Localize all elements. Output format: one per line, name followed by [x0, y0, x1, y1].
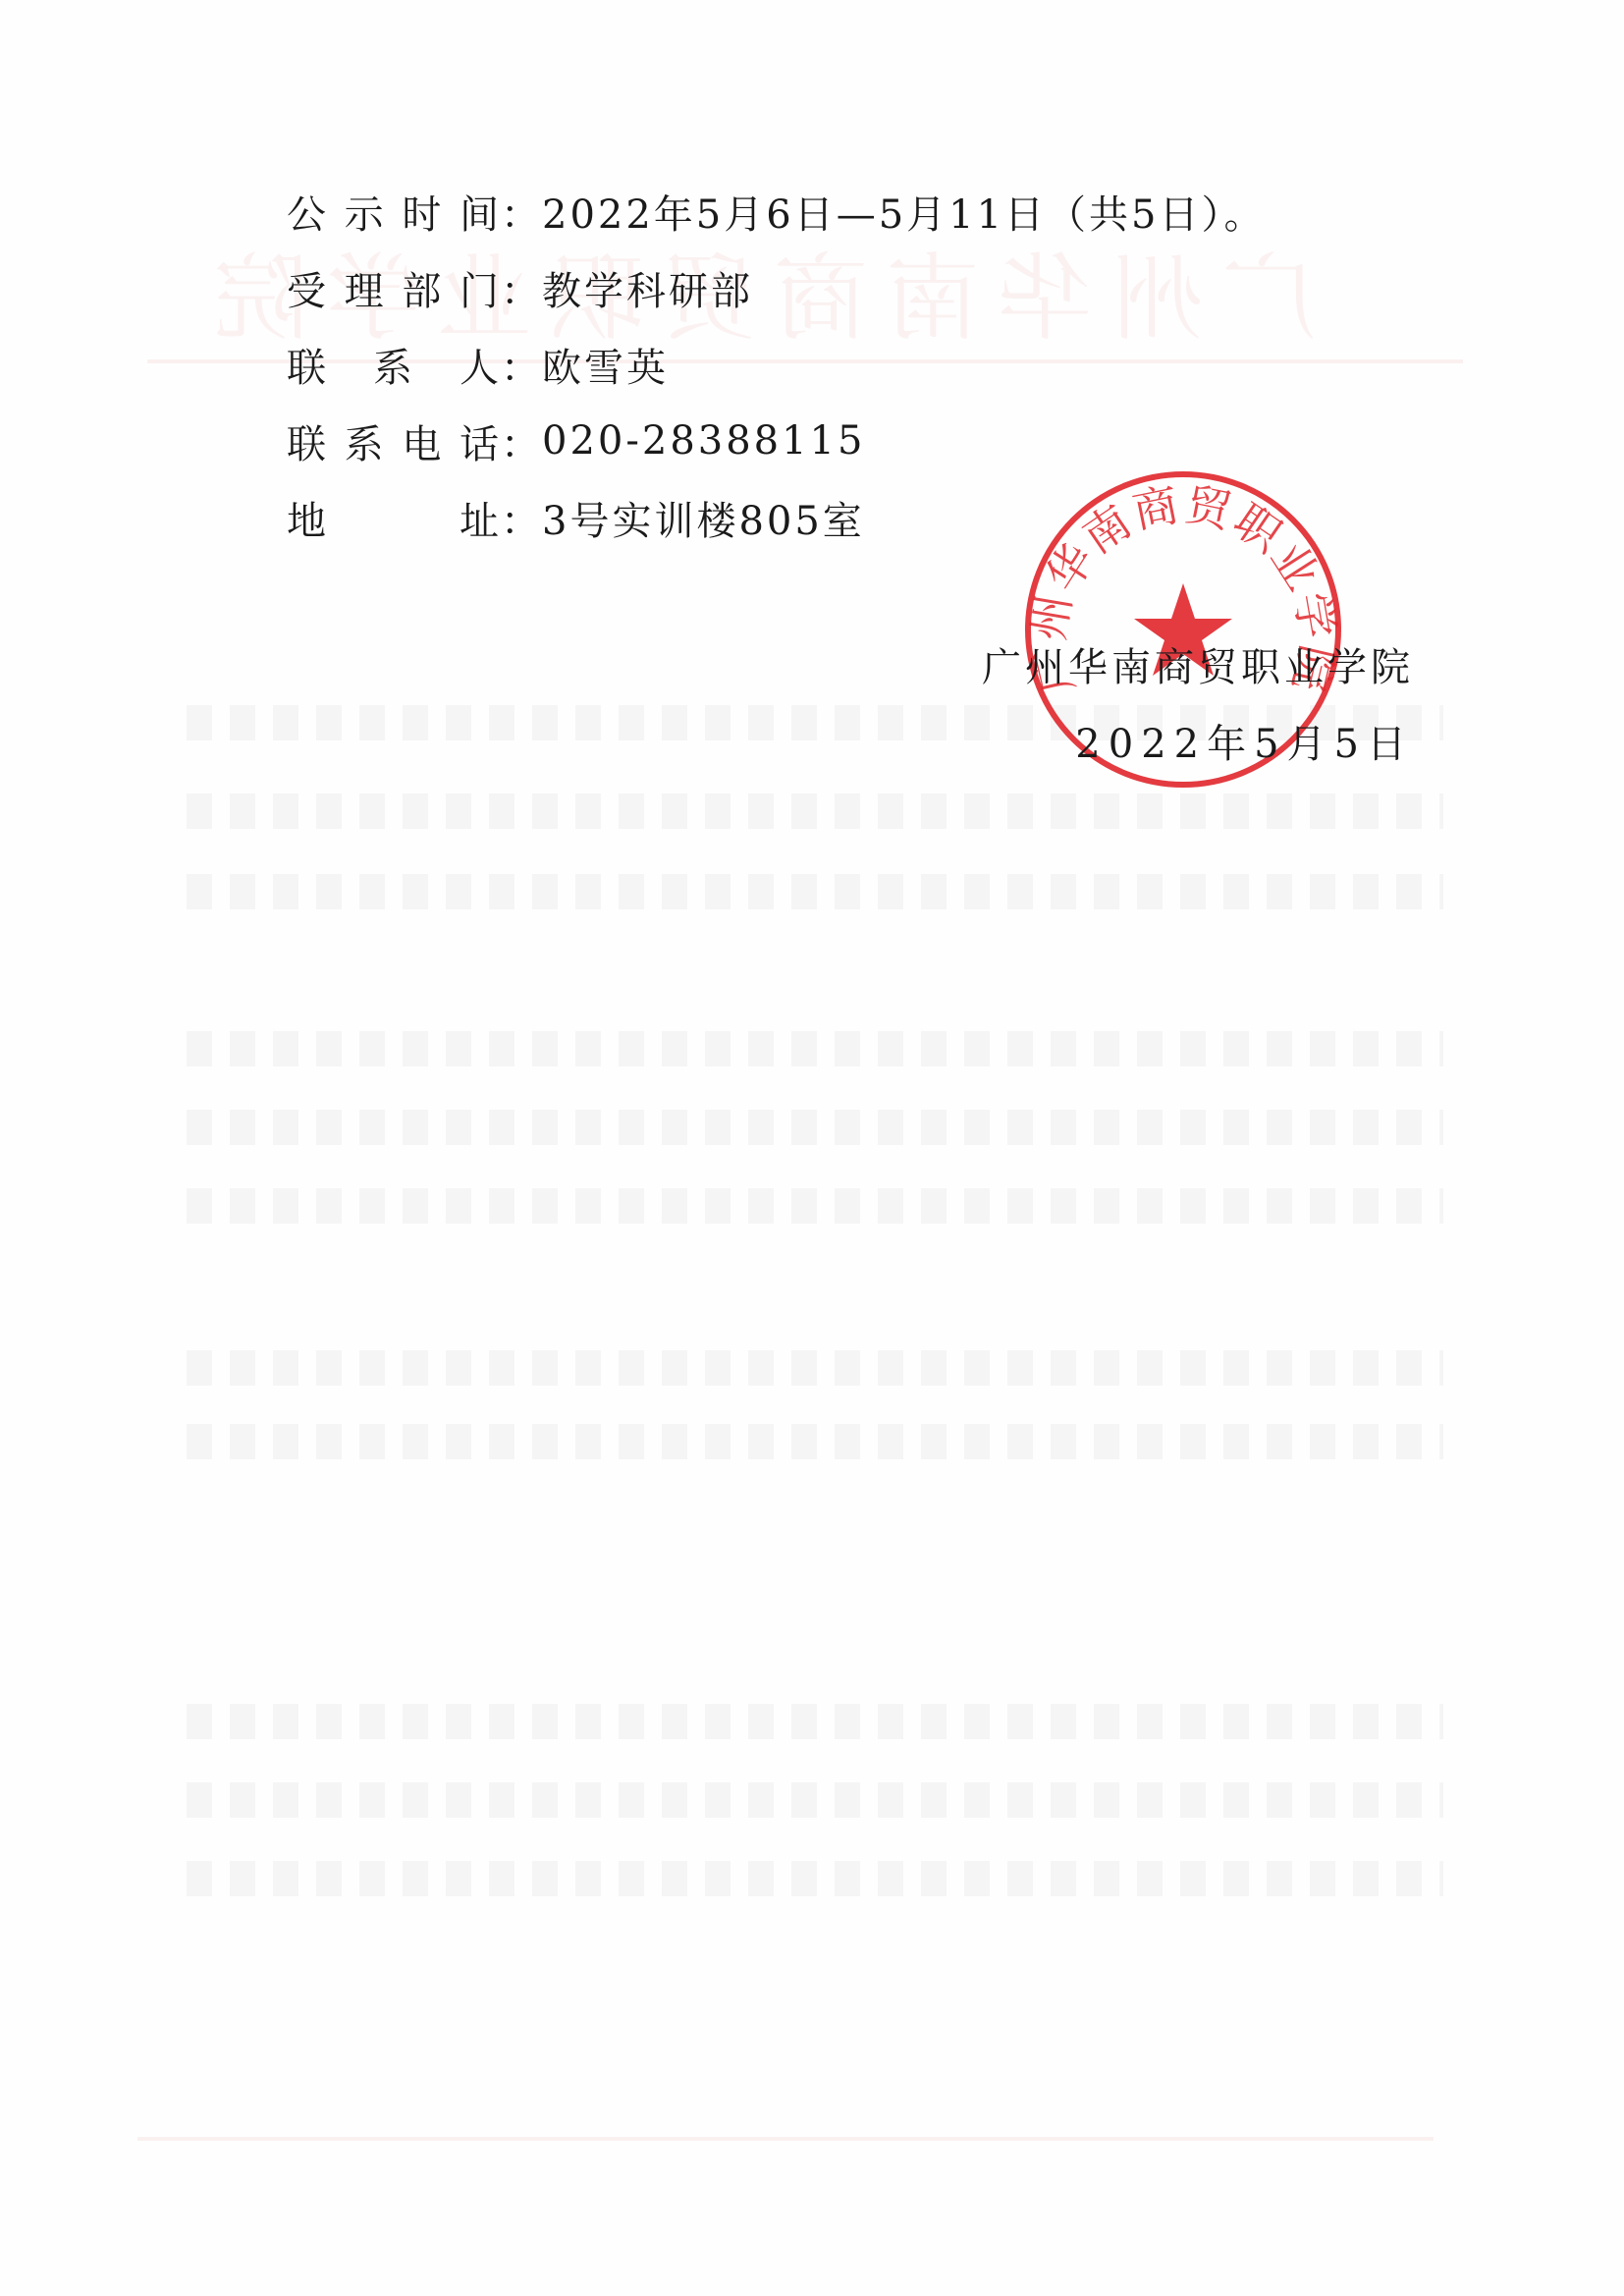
bleed-through-text — [187, 1424, 1443, 1459]
bleed-through-text — [187, 1031, 1443, 1066]
bleed-through-text — [187, 1861, 1443, 1896]
bleed-through-text — [187, 874, 1443, 909]
bleed-through-text — [187, 1782, 1443, 1818]
info-label: 受理部门 — [287, 260, 501, 316]
info-colon: ： — [501, 490, 542, 546]
bleed-through-text — [187, 1110, 1443, 1145]
info-row-department: 受理部门：教学科研部 — [287, 249, 1267, 326]
bleed-through-text — [187, 1188, 1443, 1224]
info-label: 公示时间 — [287, 184, 501, 240]
info-colon: ： — [501, 184, 542, 240]
info-value: 教学科研部 — [542, 260, 753, 316]
bleed-through-rule-bottom — [137, 2137, 1434, 2141]
signature-organization: 广州华南商贸职业学院 — [982, 636, 1414, 692]
bleed-through-text — [187, 1350, 1443, 1386]
info-colon: ： — [501, 413, 542, 469]
info-value: 欧雪英 — [542, 337, 669, 393]
info-label: 联 系 人 — [287, 337, 501, 393]
info-label: 联系电话 — [287, 413, 501, 469]
info-row-contact-person: 联 系 人：欧雪英 — [287, 326, 1267, 403]
info-value: 2022年5月6日—5月11日（共5日）。 — [542, 184, 1267, 240]
info-value: 3号实训楼805室 — [542, 490, 865, 546]
bleed-through-text — [187, 793, 1443, 829]
info-colon: ： — [501, 337, 542, 393]
info-label: 地 址 — [287, 490, 501, 546]
info-row-publicity-period: 公示时间：2022年5月6日—5月11日（共5日）。 — [287, 173, 1267, 249]
bleed-through-text — [187, 1704, 1443, 1739]
info-value: 020-28388115 — [542, 418, 865, 464]
document-page: 广州华南商贸职业学院 公示时间：2022年5月6日—5月11日（共5日）。 受理… — [0, 0, 1624, 2296]
signature-date: 2022年5月5日 — [1075, 713, 1414, 769]
info-colon: ： — [501, 260, 542, 316]
